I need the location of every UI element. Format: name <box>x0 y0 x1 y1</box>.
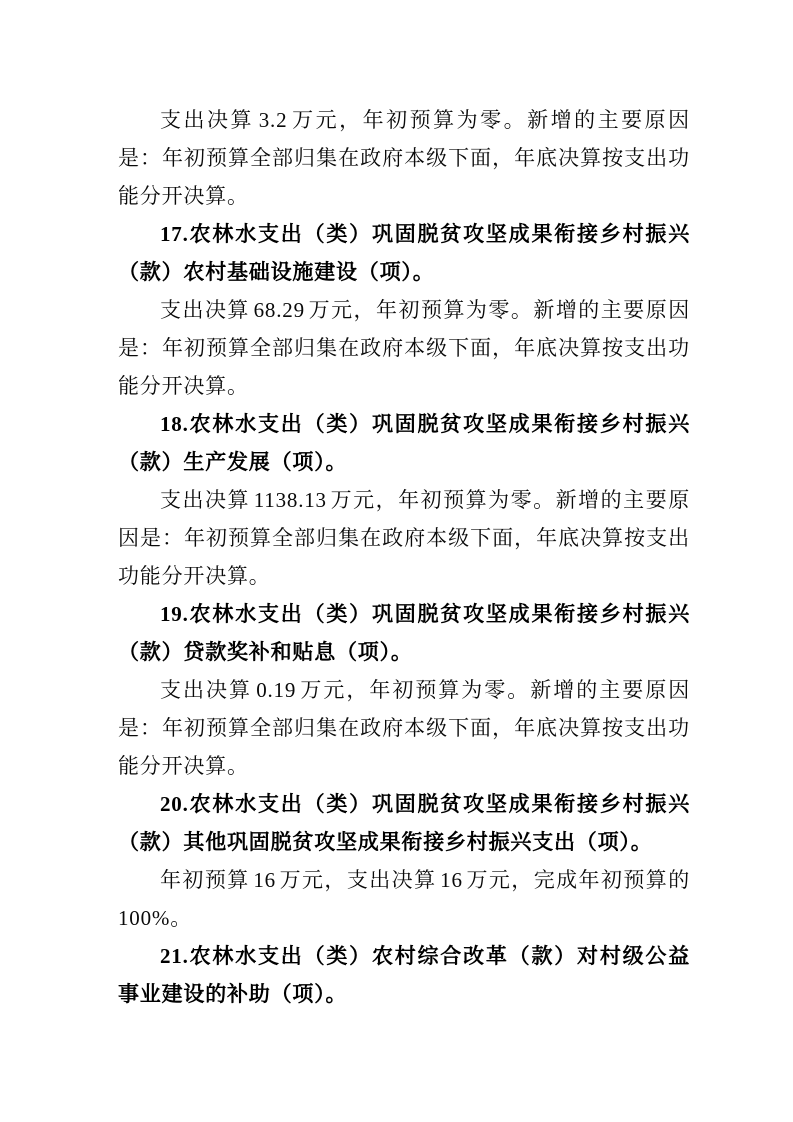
body-paragraph: 支出决算 1138.13 万元，年初预算为零。新增的主要原因是：年初预算全部归集… <box>118 481 690 595</box>
body-paragraph: 支出决算 3.2 万元，年初预算为零。新增的主要原因是：年初预算全部归集在政府本… <box>118 101 690 215</box>
section-heading-paragraph: 17.农林水支出（类）巩固脱贫攻坚成果衔接乡村振兴（款）农村基础设施建设（项）。 <box>118 215 690 291</box>
section-heading-paragraph: 19.农林水支出（类）巩固脱贫攻坚成果衔接乡村振兴（款）贷款奖补和贴息（项）。 <box>118 595 690 671</box>
document-text-block: 支出决算 3.2 万元，年初预算为零。新增的主要原因是：年初预算全部归集在政府本… <box>118 101 690 1013</box>
section-heading-paragraph: 20.农林水支出（类）巩固脱贫攻坚成果衔接乡村振兴（款）其他巩固脱贫攻坚成果衔接… <box>118 785 690 861</box>
section-heading-paragraph: 18.农林水支出（类）巩固脱贫攻坚成果衔接乡村振兴（款）生产发展（项）。 <box>118 405 690 481</box>
body-paragraph: 年初预算 16 万元，支出决算 16 万元，完成年初预算的100%。 <box>118 861 690 937</box>
document-page-background: { "page": { "background_color": "#ffffff… <box>0 0 793 1122</box>
section-heading-paragraph: 21.农林水支出（类）农村综合改革（款）对村级公益事业建设的补助（项）。 <box>118 937 690 1013</box>
document-page: 支出决算 3.2 万元，年初预算为零。新增的主要原因是：年初预算全部归集在政府本… <box>0 0 793 1122</box>
body-paragraph: 支出决算 0.19 万元，年初预算为零。新增的主要原因是：年初预算全部归集在政府… <box>118 671 690 785</box>
body-paragraph: 支出决算 68.29 万元，年初预算为零。新增的主要原因是：年初预算全部归集在政… <box>118 291 690 405</box>
